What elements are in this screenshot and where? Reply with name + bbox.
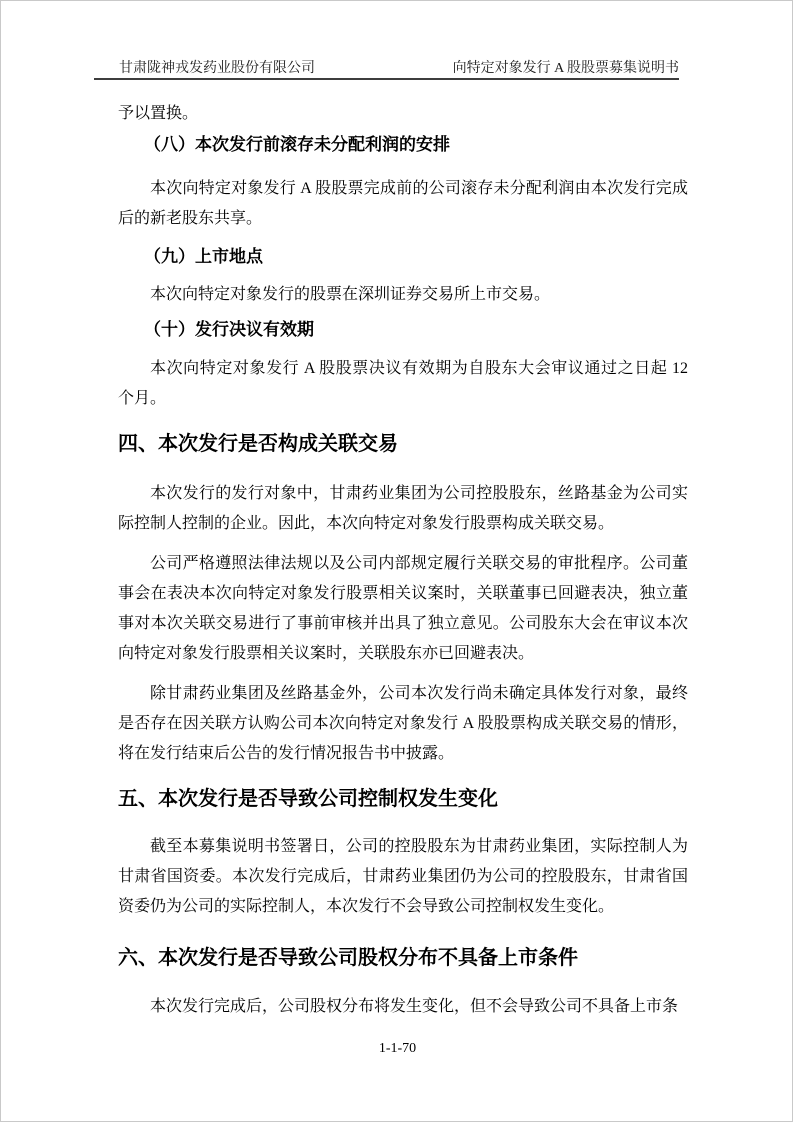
chapter-4-paragraph-2: 公司严格遵照法律法规以及公司内部规定履行关联交易的审批程序。公司董事会在表决本次…	[118, 549, 688, 669]
document-page: 甘肃陇神戎发药业股份有限公司 向特定对象发行 A 股股票募集说明书 予以置换。 …	[0, 0, 793, 1122]
subsection-8-heading: （八）本次发行前滚存未分配利润的安排	[118, 130, 688, 160]
chapter-5-paragraph: 截至本募集说明书签署日，公司的控股股东为甘肃药业集团，实际控制人为甘肃省国资委。…	[118, 832, 688, 922]
continuation-paragraph: 予以置换。	[118, 99, 688, 129]
subsection-9-heading: （九）上市地点	[118, 242, 688, 272]
header-company-name: 甘肃陇神戎发药业股份有限公司	[94, 59, 315, 78]
subsection-9-paragraph: 本次向特定对象发行的股票在深圳证券交易所上市交易。	[118, 280, 688, 310]
subsection-10-heading: （十）发行决议有效期	[118, 315, 688, 345]
chapter-4-heading: 四、本次发行是否构成关联交易	[118, 428, 688, 460]
subsection-8-paragraph: 本次向特定对象发行 A 股股票完成前的公司滚存未分配利润由本次发行完成后的新老股…	[118, 174, 688, 234]
subsection-10-paragraph: 本次向特定对象发行 A 股股票决议有效期为自股东大会审议通过之日起 12 个月。	[118, 354, 688, 414]
chapter-5-heading: 五、本次发行是否导致公司控制权发生变化	[118, 783, 688, 815]
chapter-6-paragraph: 本次发行完成后，公司股权分布将发生变化，但不会导致公司不具备上市条	[118, 992, 688, 1022]
chapter-4-paragraph-3: 除甘肃药业集团及丝路基金外，公司本次发行尚未确定具体发行对象，最终是否存在因关联…	[118, 679, 688, 769]
page-footer: 1-1-70	[1, 1039, 793, 1059]
header-document-title: 向特定对象发行 A 股股票募集说明书	[453, 59, 679, 78]
chapter-6-heading: 六、本次发行是否导致公司股权分布不具备上市条件	[118, 942, 688, 974]
page-header: 甘肃陇神戎发药业股份有限公司 向特定对象发行 A 股股票募集说明书	[94, 56, 679, 80]
page-number: 1-1-70	[379, 1041, 416, 1056]
chapter-4-paragraph-1: 本次发行的发行对象中，甘肃药业集团为公司控股股东，丝路基金为公司实际控制人控制的…	[118, 479, 688, 539]
